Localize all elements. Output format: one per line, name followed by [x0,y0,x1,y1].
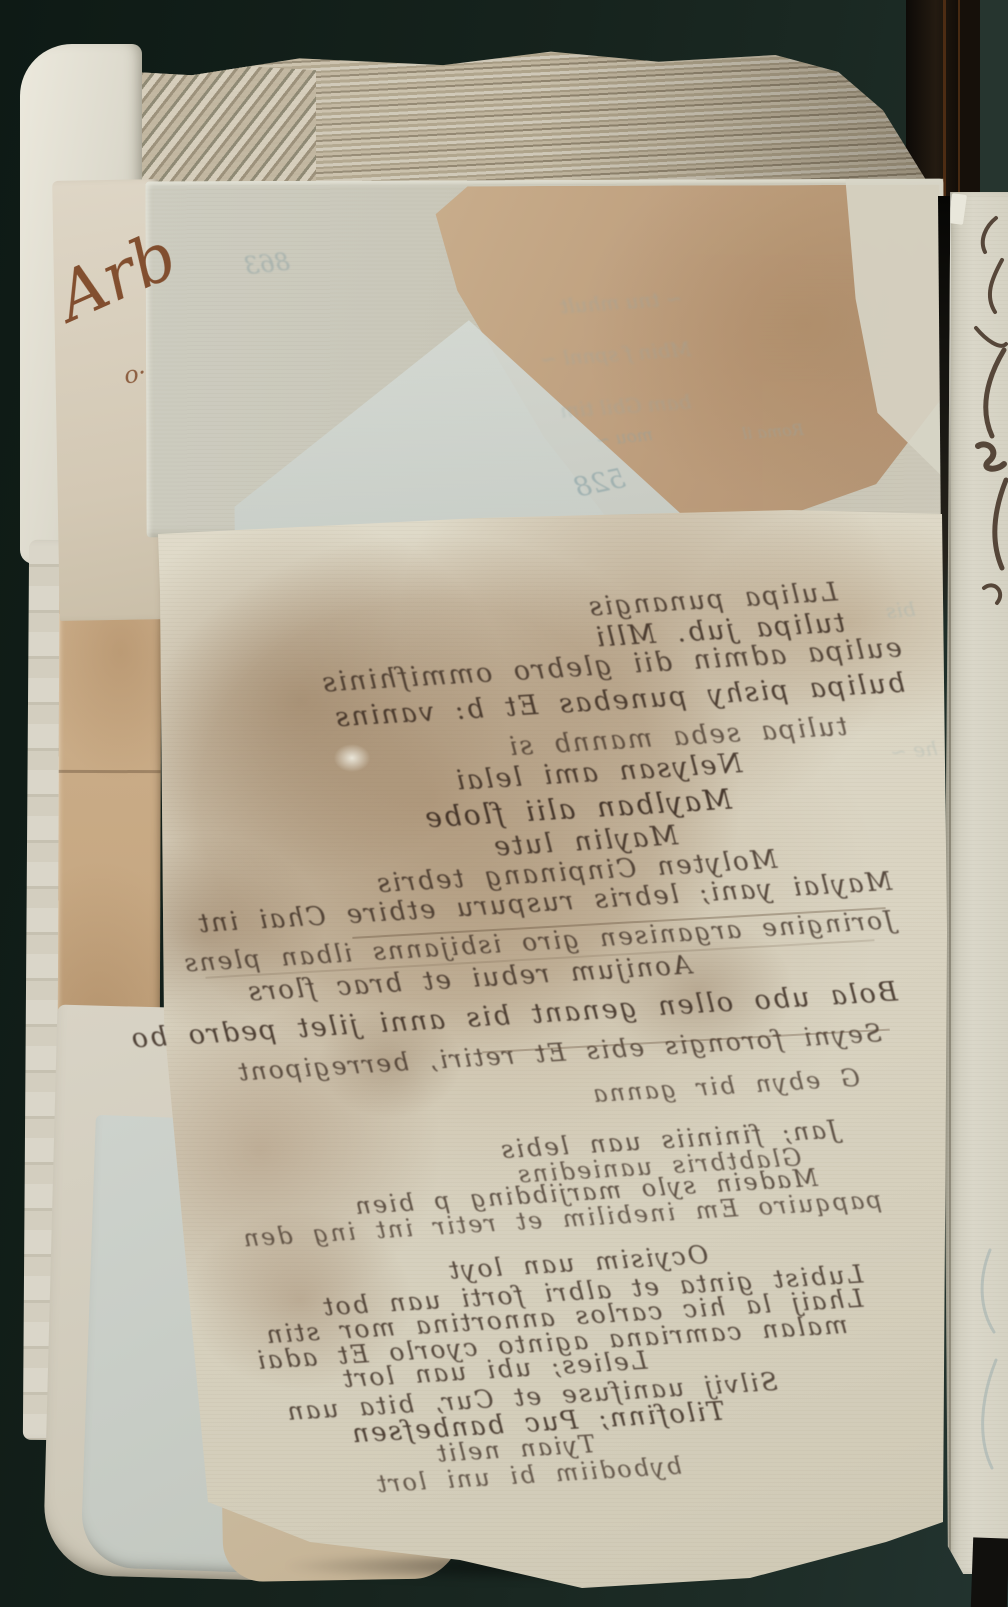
ink-stroke [978,444,1004,468]
ink-stroke [986,350,1004,436]
ink-stroke [984,585,1000,603]
ink-stroke [983,218,996,252]
spine-bottom-edge [971,1537,1008,1607]
cutoff-ink-strokes [954,200,1008,620]
ink-stroke [982,1250,994,1332]
leaf-seam [59,770,161,773]
spine-leather-strip [958,0,980,206]
ink-stroke [990,260,1002,312]
overlay-leaf [145,179,944,538]
ink-stroke [983,1360,996,1468]
manuscript-leaf [150,502,950,1597]
faint-blue-strokes [950,1240,1006,1480]
ink-stroke [995,480,1006,568]
facing-leaf-edge [944,192,1008,1574]
ink-stroke [976,328,1006,346]
archival-manuscript-photo: Lulipa punangistulipa jub. Mllieulipa ad… [0,0,1008,1607]
water-stain [150,502,950,1597]
